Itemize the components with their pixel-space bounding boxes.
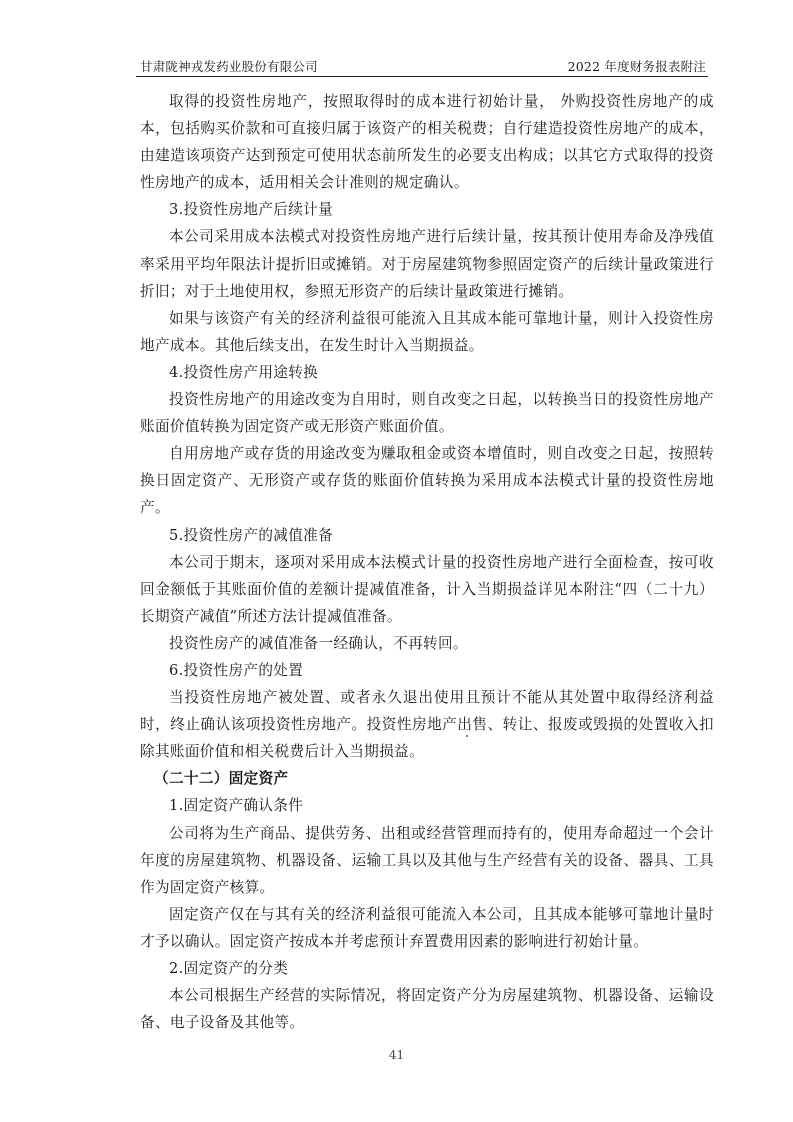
page-number: 41 [0, 1048, 793, 1062]
paragraph-initial-measurement: 取得的投资性房地产，按照取得时的成本进行初始计量， 外购投资性房地产的成本，包括… [140, 88, 714, 196]
heading-use-conversion: 4.投资性房产用途转换 [140, 359, 714, 386]
report-title: 2022 年度财务报表附注 [568, 57, 708, 75]
page-header: 甘肃陇神戎发药业股份有限公司 2022 年度财务报表附注 [136, 57, 708, 77]
paragraph-subsequent-expenditure: 如果与该资产有关的经济利益很可能流入且其成本能可靠地计量，则计入投资性房地产成本… [140, 305, 714, 359]
paragraph-impairment-no-reversal: 投资性房产的减值准备一经确认，不再转回。 [140, 630, 714, 657]
scan-speck [466, 735, 468, 737]
paragraph-impairment-test: 本公司于期末，逐项对采用成本法模式计量的投资性房地产进行全面检查，按可收回金额低… [140, 549, 714, 630]
paragraph-fixed-asset-definition: 公司将为生产商品、提供劳务、出租或经营管理而持有的，使用寿命超过一个会计年度的房… [140, 820, 714, 901]
section-heading-fixed-assets: （二十二）固定资产 [140, 765, 714, 792]
paragraph-conversion-to-self-use: 投资性房地产的用途改变为自用时，则自改变之日起，以转换当日的投资性房地产账面价值… [140, 386, 714, 440]
heading-subsequent-measurement: 3.投资性房地产后续计量 [140, 196, 714, 223]
heading-recognition-conditions: 1.固定资产确认条件 [140, 792, 714, 819]
company-name: 甘肃陇神戎发药业股份有限公司 [136, 57, 318, 75]
heading-impairment: 5.投资性房产的减值准备 [140, 522, 714, 549]
paragraph-conversion-to-rental: 自用房地产或存货的用途改变为赚取租金或资本增值时，则自改变之日起，按照转换日固定… [140, 440, 714, 521]
paragraph-fixed-asset-recognition: 固定资产仅在与其有关的经济利益很可能流入本公司，且其成本能够可靠地计量时才予以确… [140, 901, 714, 955]
paragraph-classification: 本公司根据生产经营的实际情况，将固定资产分为房屋建筑物、机器设备、运输设备、电子… [140, 982, 714, 1036]
paragraph-disposal: 当投资性房地产被处置、或者永久退出使用且预计不能从其处置中取得经济利益时，终止确… [140, 684, 714, 765]
paragraph-cost-model: 本公司采用成本法模式对投资性房地产进行后续计量，按其预计使用寿命及净残值率采用平… [140, 223, 714, 304]
heading-disposal: 6.投资性房产的处置 [140, 657, 714, 684]
document-body: 取得的投资性房地产，按照取得时的成本进行初始计量， 外购投资性房地产的成本，包括… [140, 88, 714, 1036]
heading-classification: 2.固定资产的分类 [140, 955, 714, 982]
